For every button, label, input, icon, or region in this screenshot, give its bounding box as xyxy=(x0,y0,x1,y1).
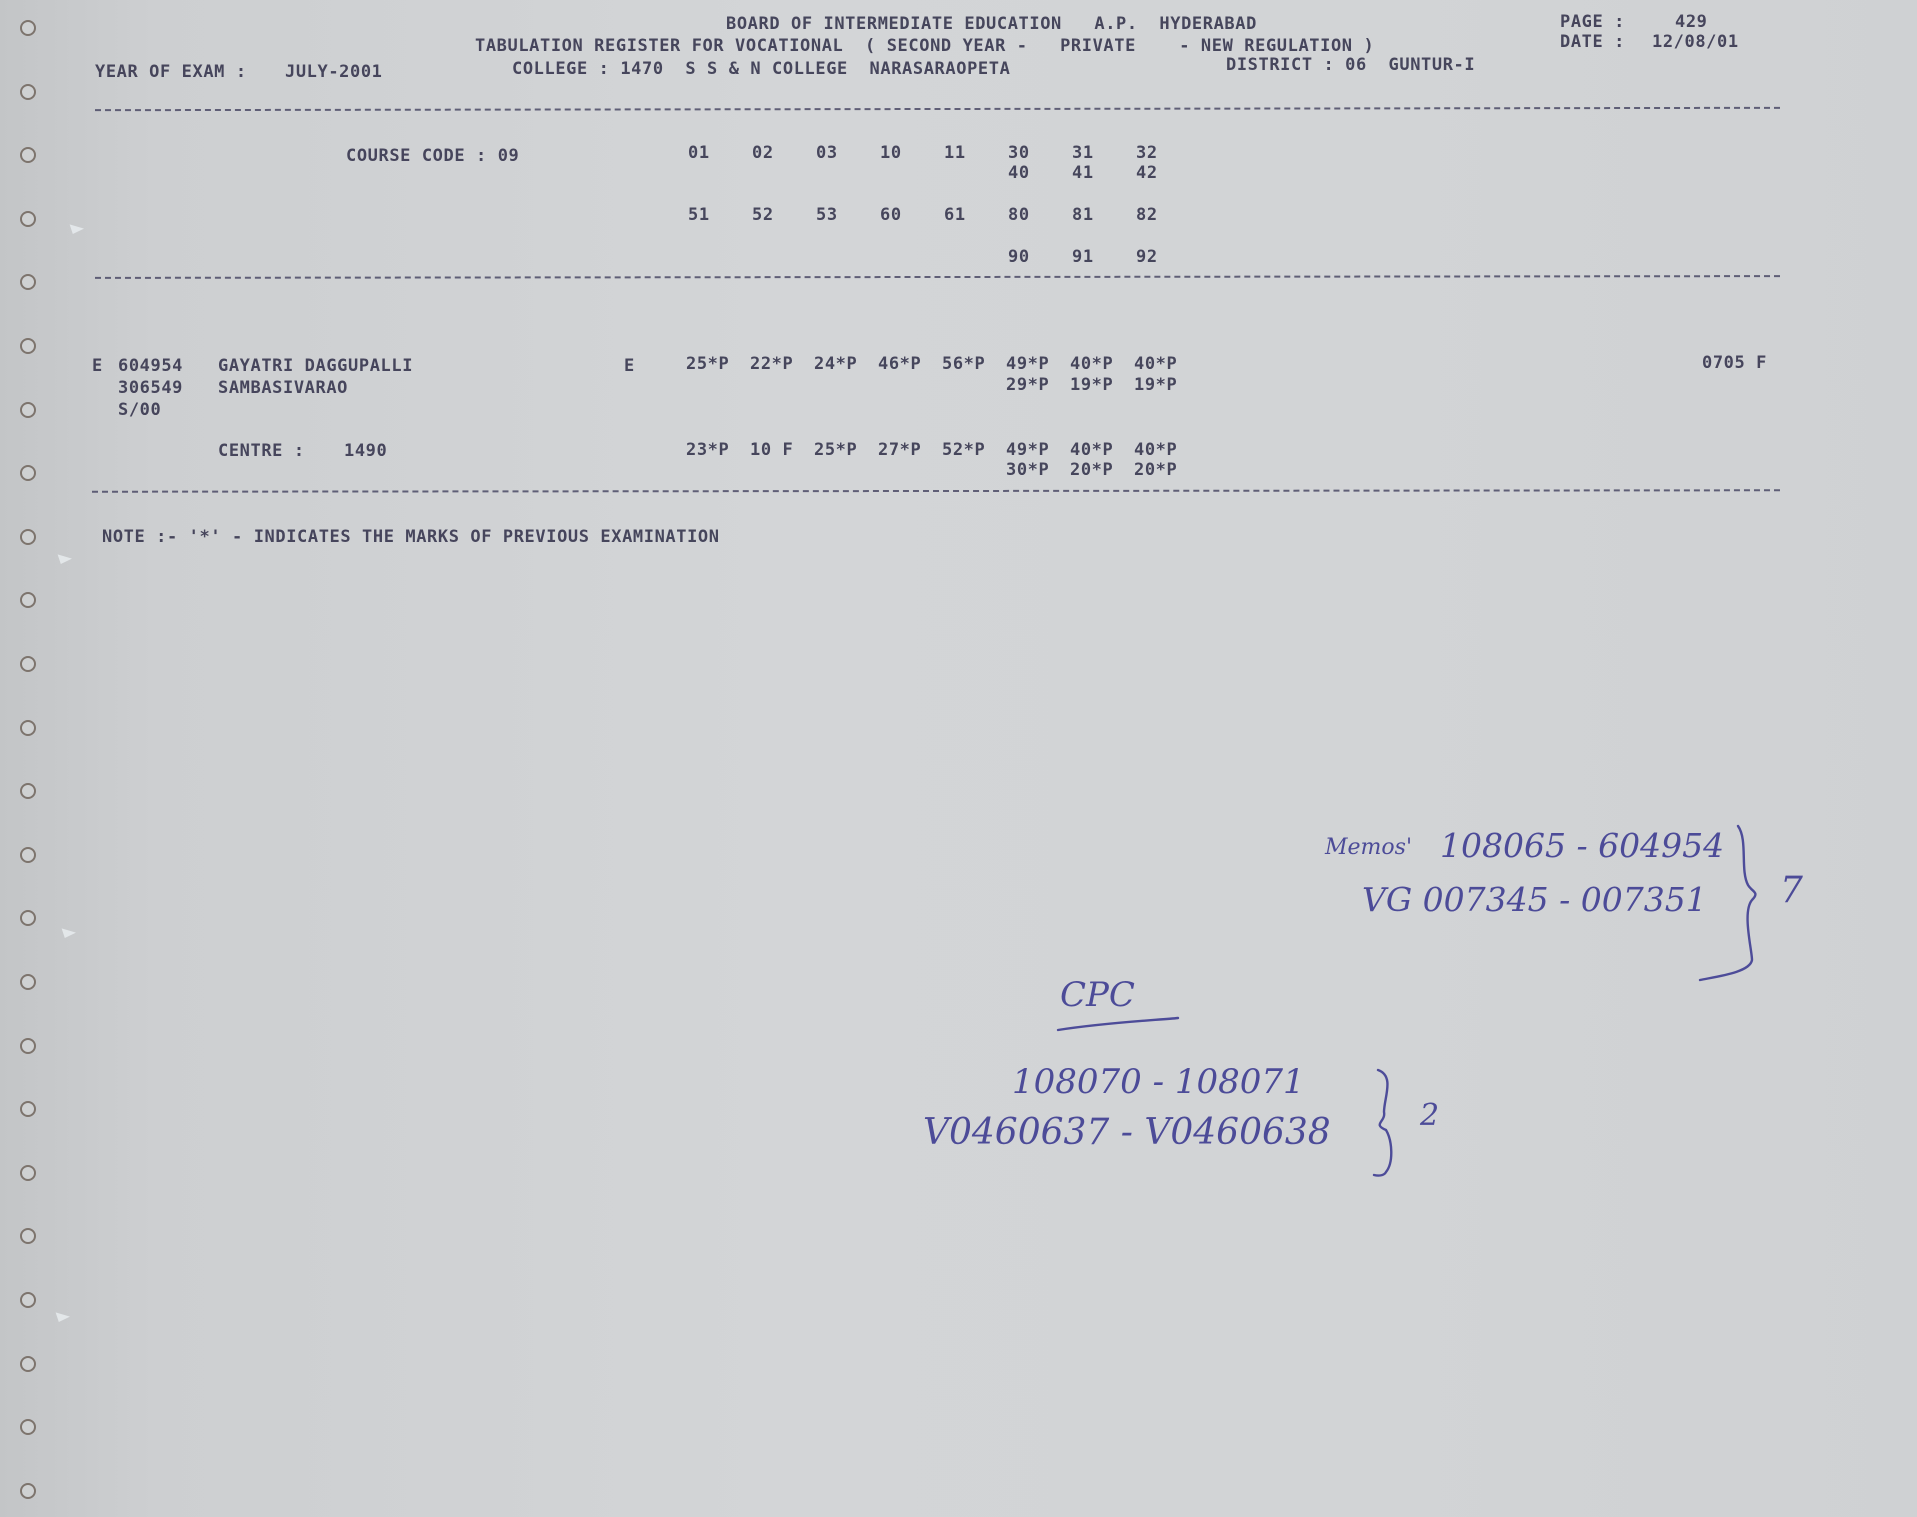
cpc-underline xyxy=(1058,1018,1178,1030)
curly-brace-memos xyxy=(1700,826,1755,980)
handwritten-strokes xyxy=(0,0,1917,1517)
curly-brace-cpc xyxy=(1374,1070,1391,1176)
tabulation-register-sheet: BOARD OF INTERMEDIATE EDUCATION A.P. HYD… xyxy=(0,0,1917,1517)
